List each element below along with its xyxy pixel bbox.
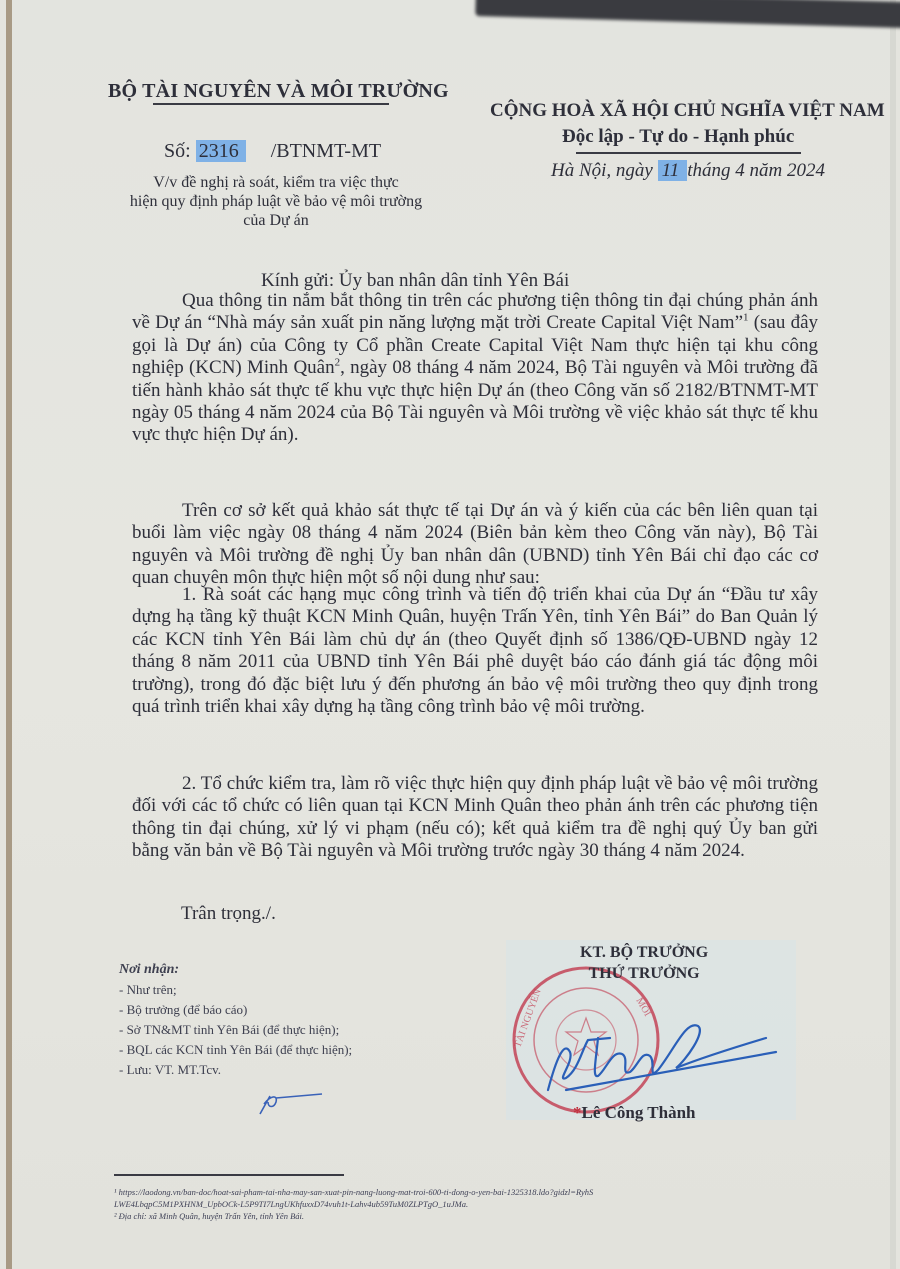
stamp-star: *: [573, 1103, 582, 1122]
place-date-prefix: Hà Nội, ngày: [551, 160, 653, 181]
footnote-1: ¹ https://laodong.vn/ban-doc/hoat-sai-ph…: [114, 1186, 804, 1198]
recipient-item: - BQL các KCN tỉnh Yên Bái (để thực hiện…: [119, 1040, 352, 1060]
ministry-underline: [153, 103, 389, 105]
paragraph-1: Qua thông tin nắm bắt thông tin trên các…: [132, 290, 818, 447]
initials-mark-icon: [256, 1088, 326, 1118]
page-right-edge: [890, 0, 896, 1269]
recipient-item: - Lưu: VT. MT.Tcv.: [119, 1060, 352, 1080]
motto-underline: [576, 152, 801, 154]
recipient-item: - Sở TN&MT tỉnh Yên Bái (để thực hiện);: [119, 1020, 352, 1040]
subject-line: V/v đề nghị rà soát, kiểm tra việc thực …: [96, 173, 456, 230]
shadow-overlay: [475, 0, 900, 29]
signer-name: *Lê Công Thành: [573, 1103, 696, 1123]
handwritten-signature-icon: [526, 990, 796, 1100]
place-date: Hà Nội, ngày 11tháng 4 năm 2024: [551, 160, 825, 182]
subject-line-1: V/v đề nghị rà soát, kiểm tra việc thực: [96, 173, 456, 192]
doc-number-highlight: 2316: [196, 140, 246, 162]
addressee: Kính gửi: Ủy ban nhân dân tỉnh Yên Bái: [261, 270, 569, 292]
page-left-edge: [6, 0, 12, 1269]
footnote-1-cont: LWE4LbqpC5M1PXHNM_UpbOCk-L5P9TI7LngUKhfu…: [114, 1198, 804, 1210]
subject-line-2: hiện quy định pháp luật về bảo vệ môi tr…: [96, 192, 456, 211]
date-day-highlight: 11: [658, 160, 688, 181]
recipient-item: - Bộ trưởng (để báo cáo): [119, 1000, 352, 1020]
paragraph-item-2: 2. Tổ chức kiểm tra, làm rõ việc thực hi…: [132, 773, 818, 863]
document-number: Số: 2316 /BTNMT-MT: [164, 140, 381, 163]
recipients-list: Nơi nhận: - Như trên; - Bộ trưởng (để bá…: [119, 960, 352, 1080]
paragraph-item-1: 1. Rà soát các hạng mục công trình và ti…: [132, 584, 818, 718]
footnotes: ¹ https://laodong.vn/ban-doc/hoat-sai-ph…: [114, 1186, 804, 1222]
national-motto: Độc lập - Tự do - Hạnh phúc: [562, 126, 794, 148]
p4-text: 2. Tổ chức kiểm tra, làm rõ việc thực hi…: [132, 773, 818, 863]
country-name: CỘNG HOÀ XÃ HỘI CHỦ NGHĨA VIỆT NAM: [490, 100, 885, 122]
recipient-item: - Như trên;: [119, 980, 352, 1000]
recipients-title: Nơi nhận:: [119, 960, 352, 980]
footnote-2: ² Địa chỉ: xã Minh Quân, huyện Trấn Yên,…: [114, 1210, 804, 1222]
p3-text: 1. Rà soát các hạng mục công trình và ti…: [132, 584, 818, 718]
doc-number-label: Số:: [164, 140, 191, 162]
footnote-separator: [114, 1174, 344, 1176]
place-date-suffix: tháng 4 năm 2024: [687, 160, 825, 181]
closing: Trân trọng./.: [181, 903, 276, 925]
doc-number-suffix: /BTNMT-MT: [271, 140, 381, 162]
document-page: BỘ TÀI NGUYÊN VÀ MÔI TRƯỜNG CỘNG HOÀ XÃ …: [6, 0, 896, 1269]
signer-role-2: THỨ TRƯỞNG: [580, 963, 708, 984]
paragraph-2: Trên cơ sở kết quả khảo sát thực tế tại …: [132, 500, 818, 590]
signer-role: KT. BỘ TRƯỞNG THỨ TRƯỞNG: [580, 942, 708, 984]
subject-line-3: của Dự án: [96, 211, 456, 230]
p2-text: Trên cơ sở kết quả khảo sát thực tế tại …: [132, 500, 818, 590]
signer-name-text: Lê Công Thành: [582, 1103, 696, 1122]
p1-text-a: Qua thông tin nắm bắt thông tin trên các…: [132, 290, 818, 333]
ministry-name: BỘ TÀI NGUYÊN VÀ MÔI TRƯỜNG: [108, 80, 449, 103]
signer-role-1: KT. BỘ TRƯỞNG: [580, 942, 708, 963]
